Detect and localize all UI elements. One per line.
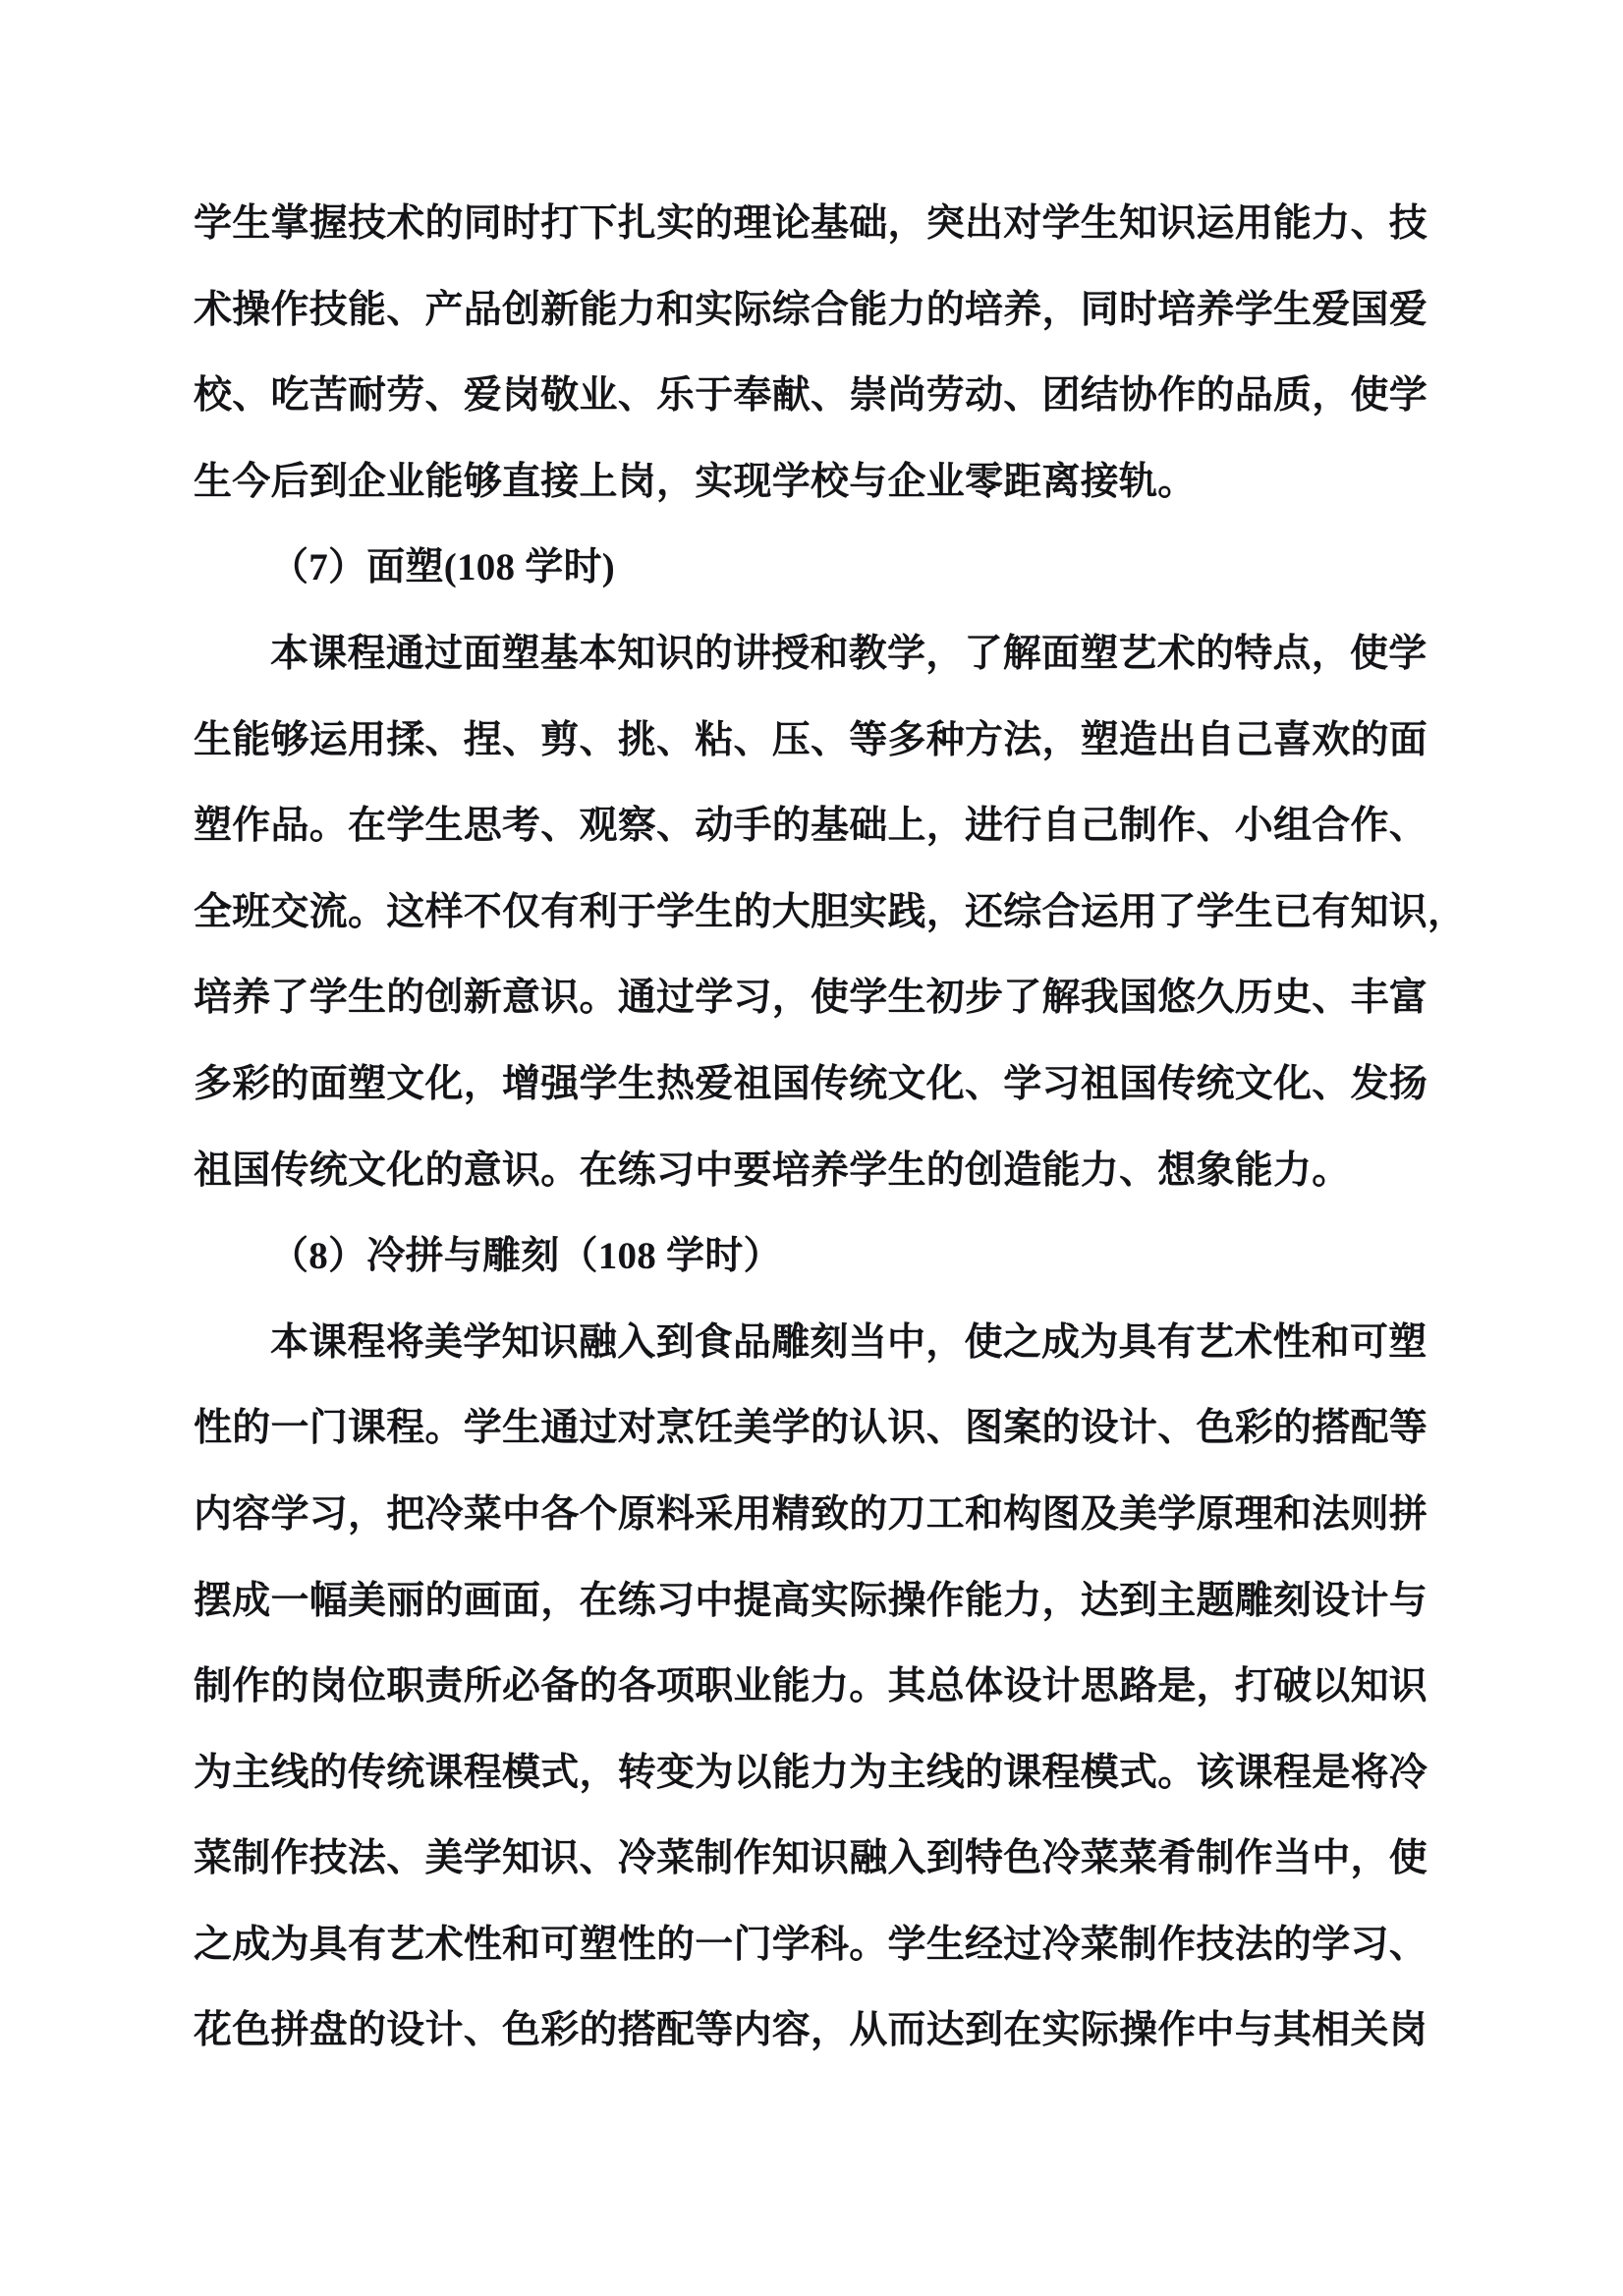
paragraph-line: 生今后到企业能够直接上岗，实现学校与企业零距离接轨。 <box>194 439 1427 526</box>
paragraph-line: 本课程通过面塑基本知识的讲授和教学，了解面塑艺术的特点，使学 <box>194 611 1427 698</box>
paragraph-line: 花色拼盘的设计、色彩的搭配等内容，从而达到在实际操作中与其相关岗 <box>194 1988 1427 2074</box>
paragraph-line: 塑作品。在学生思考、观察、动手的基础上，进行自己制作、小组合作、 <box>194 783 1427 869</box>
section-heading: （8）冷拼与雕刻（108 学时） <box>194 1213 1427 1300</box>
paragraph-line: 生能够运用揉、捏、剪、挑、粘、压、等多种方法，塑造出自己喜欢的面 <box>194 698 1427 784</box>
paragraph-line: 学生掌握技术的同时打下扎实的理论基础，突出对学生知识运用能力、技 <box>194 181 1427 267</box>
paragraph-line: 术操作技能、产品创新能力和实际综合能力的培养，同时培养学生爱国爱 <box>194 267 1427 354</box>
paragraph-line: 校、吃苦耐劳、爱岗敬业、乐于奉献、崇尚劳动、团结协作的品质，使学 <box>194 353 1427 439</box>
paragraph-line: 本课程将美学知识融入到食品雕刻当中，使之成为具有艺术性和可塑 <box>194 1300 1427 1386</box>
paragraph-line: 祖国传统文化的意识。在练习中要培养学生的创造能力、想象能力。 <box>194 1128 1427 1214</box>
paragraph-line: 多彩的面塑文化，增强学生热爱祖国传统文化、学习祖国传统文化、发扬 <box>194 1041 1427 1128</box>
paragraph-line: 性的一门课程。学生通过对烹饪美学的认识、图案的设计、色彩的搭配等 <box>194 1385 1427 1472</box>
paragraph-line: 全班交流。这样不仅有利于学生的大胆实践，还综合运用了学生已有知识， <box>194 869 1427 956</box>
section-heading: （7）面塑(108 学时) <box>194 525 1427 611</box>
paragraph-line: 之成为具有艺术性和可塑性的一门学科。学生经过冷菜制作技法的学习、 <box>194 1902 1427 1988</box>
document-text-block: 学生掌握技术的同时打下扎实的理论基础，突出对学生知识运用能力、技术操作技能、产品… <box>194 181 1427 2074</box>
paragraph-line: 菜制作技法、美学知识、冷菜制作知识融入到特色冷菜菜肴制作当中，使 <box>194 1816 1427 1902</box>
paragraph-line: 内容学习，把冷菜中各个原料采用精致的刀工和构图及美学原理和法则拼 <box>194 1472 1427 1558</box>
paragraph-line: 为主线的传统课程模式，转变为以能力为主线的课程模式。该课程是将冷 <box>194 1730 1427 1817</box>
paragraph-line: 摆成一幅美丽的画面，在练习中提高实际操作能力，达到主题雕刻设计与 <box>194 1558 1427 1645</box>
paragraph-line: 培养了学生的创新意识。通过学习，使学生初步了解我国悠久历史、丰富 <box>194 955 1427 1041</box>
paragraph-line: 制作的岗位职责所必备的各项职业能力。其总体设计思路是，打破以知识 <box>194 1644 1427 1730</box>
document-page: 学生掌握技术的同时打下扎实的理论基础，突出对学生知识运用能力、技术操作技能、产品… <box>0 0 1623 2296</box>
